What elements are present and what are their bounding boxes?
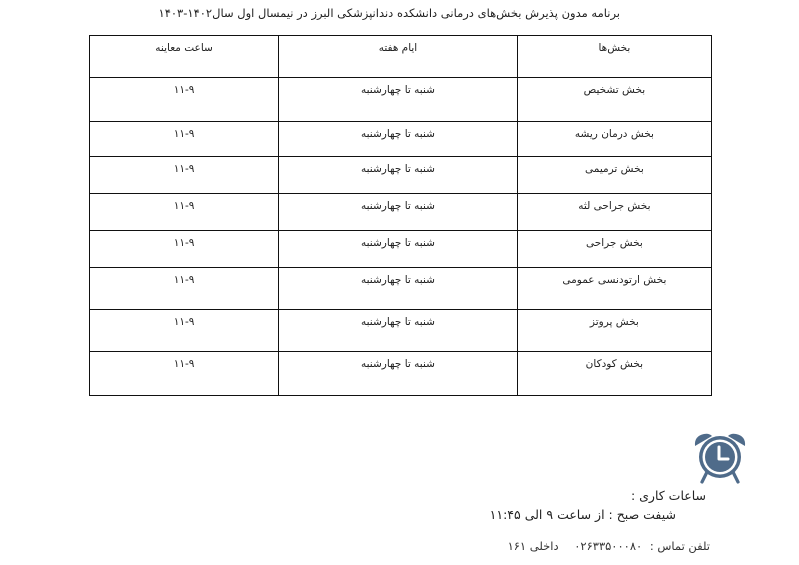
- table-row: بخش جراحی لثه شنبه تا چهارشنبه ۱۱-۹: [90, 194, 712, 231]
- cell-hours: ۱۱-۹: [90, 157, 279, 194]
- morning-shift-text: شیفت صبح : از ساعت ۹ الی ۱۱:۴۵: [490, 507, 676, 522]
- cell-hours: ۱۱-۹: [90, 352, 279, 396]
- cell-days: شنبه تا چهارشنبه: [279, 194, 518, 231]
- cell-days: شنبه تا چهارشنبه: [279, 231, 518, 268]
- cell-department: بخش جراحی لثه: [517, 194, 711, 231]
- phone-extension: داخلی ۱۶۱: [508, 539, 559, 553]
- cell-hours: ۱۱-۹: [90, 231, 279, 268]
- cell-days: شنبه تا چهارشنبه: [279, 78, 518, 122]
- cell-days: شنبه تا چهارشنبه: [279, 268, 518, 310]
- cell-department: بخش جراحی: [517, 231, 711, 268]
- table-row: بخش پروتز شنبه تا چهارشنبه ۱۱-۹: [90, 310, 712, 352]
- cell-hours: ۱۱-۹: [90, 78, 279, 122]
- page-title: برنامه مدون پذیرش بخش‌های درمانی دانشکده…: [170, 6, 620, 20]
- contact-phone: تلفن تماس : ۰۲۶۳۳۵۰۰۰۸۰ داخلی ۱۶۱: [508, 539, 710, 553]
- cell-hours: ۱۱-۹: [90, 122, 279, 157]
- header-weekdays: ایام هفته: [279, 36, 518, 78]
- cell-department: بخش کودکان: [517, 352, 711, 396]
- cell-days: شنبه تا چهارشنبه: [279, 122, 518, 157]
- cell-hours: ۱۱-۹: [90, 268, 279, 310]
- cell-days: شنبه تا چهارشنبه: [279, 352, 518, 396]
- table-row: بخش ترمیمی شنبه تا چهارشنبه ۱۱-۹: [90, 157, 712, 194]
- cell-days: شنبه تا چهارشنبه: [279, 310, 518, 352]
- header-departments: بخش‌ها: [517, 36, 711, 78]
- cell-department: بخش درمان ریشه: [517, 122, 711, 157]
- header-exam-hours: ساعت معاینه: [90, 36, 279, 78]
- phone-label: تلفن تماس :: [650, 539, 710, 553]
- table-row: بخش تشخیص شنبه تا چهارشنبه ۱۱-۹: [90, 78, 712, 122]
- table-row: بخش کودکان شنبه تا چهارشنبه ۱۱-۹: [90, 352, 712, 396]
- phone-number[interactable]: ۰۲۶۳۳۵۰۰۰۸۰: [574, 539, 642, 553]
- table-row: بخش جراحی شنبه تا چهارشنبه ۱۱-۹: [90, 231, 712, 268]
- table-row: بخش درمان ریشه شنبه تا چهارشنبه ۱۱-۹: [90, 122, 712, 157]
- cell-days: شنبه تا چهارشنبه: [279, 157, 518, 194]
- table-row: بخش ارتودنسی عمومی شنبه تا چهارشنبه ۱۱-۹: [90, 268, 712, 310]
- work-hours-label: ساعات کاری :: [631, 488, 706, 503]
- cell-hours: ۱۱-۹: [90, 194, 279, 231]
- alarm-clock-icon: [690, 432, 750, 484]
- table-header-row: بخش‌ها ایام هفته ساعت معاینه: [90, 36, 712, 78]
- cell-hours: ۱۱-۹: [90, 310, 279, 352]
- reception-schedule-table: بخش‌ها ایام هفته ساعت معاینه بخش تشخیص ش…: [89, 35, 712, 396]
- cell-department: بخش ترمیمی: [517, 157, 711, 194]
- cell-department: بخش پروتز: [517, 310, 711, 352]
- cell-department: بخش ارتودنسی عمومی: [517, 268, 711, 310]
- cell-department: بخش تشخیص: [517, 78, 711, 122]
